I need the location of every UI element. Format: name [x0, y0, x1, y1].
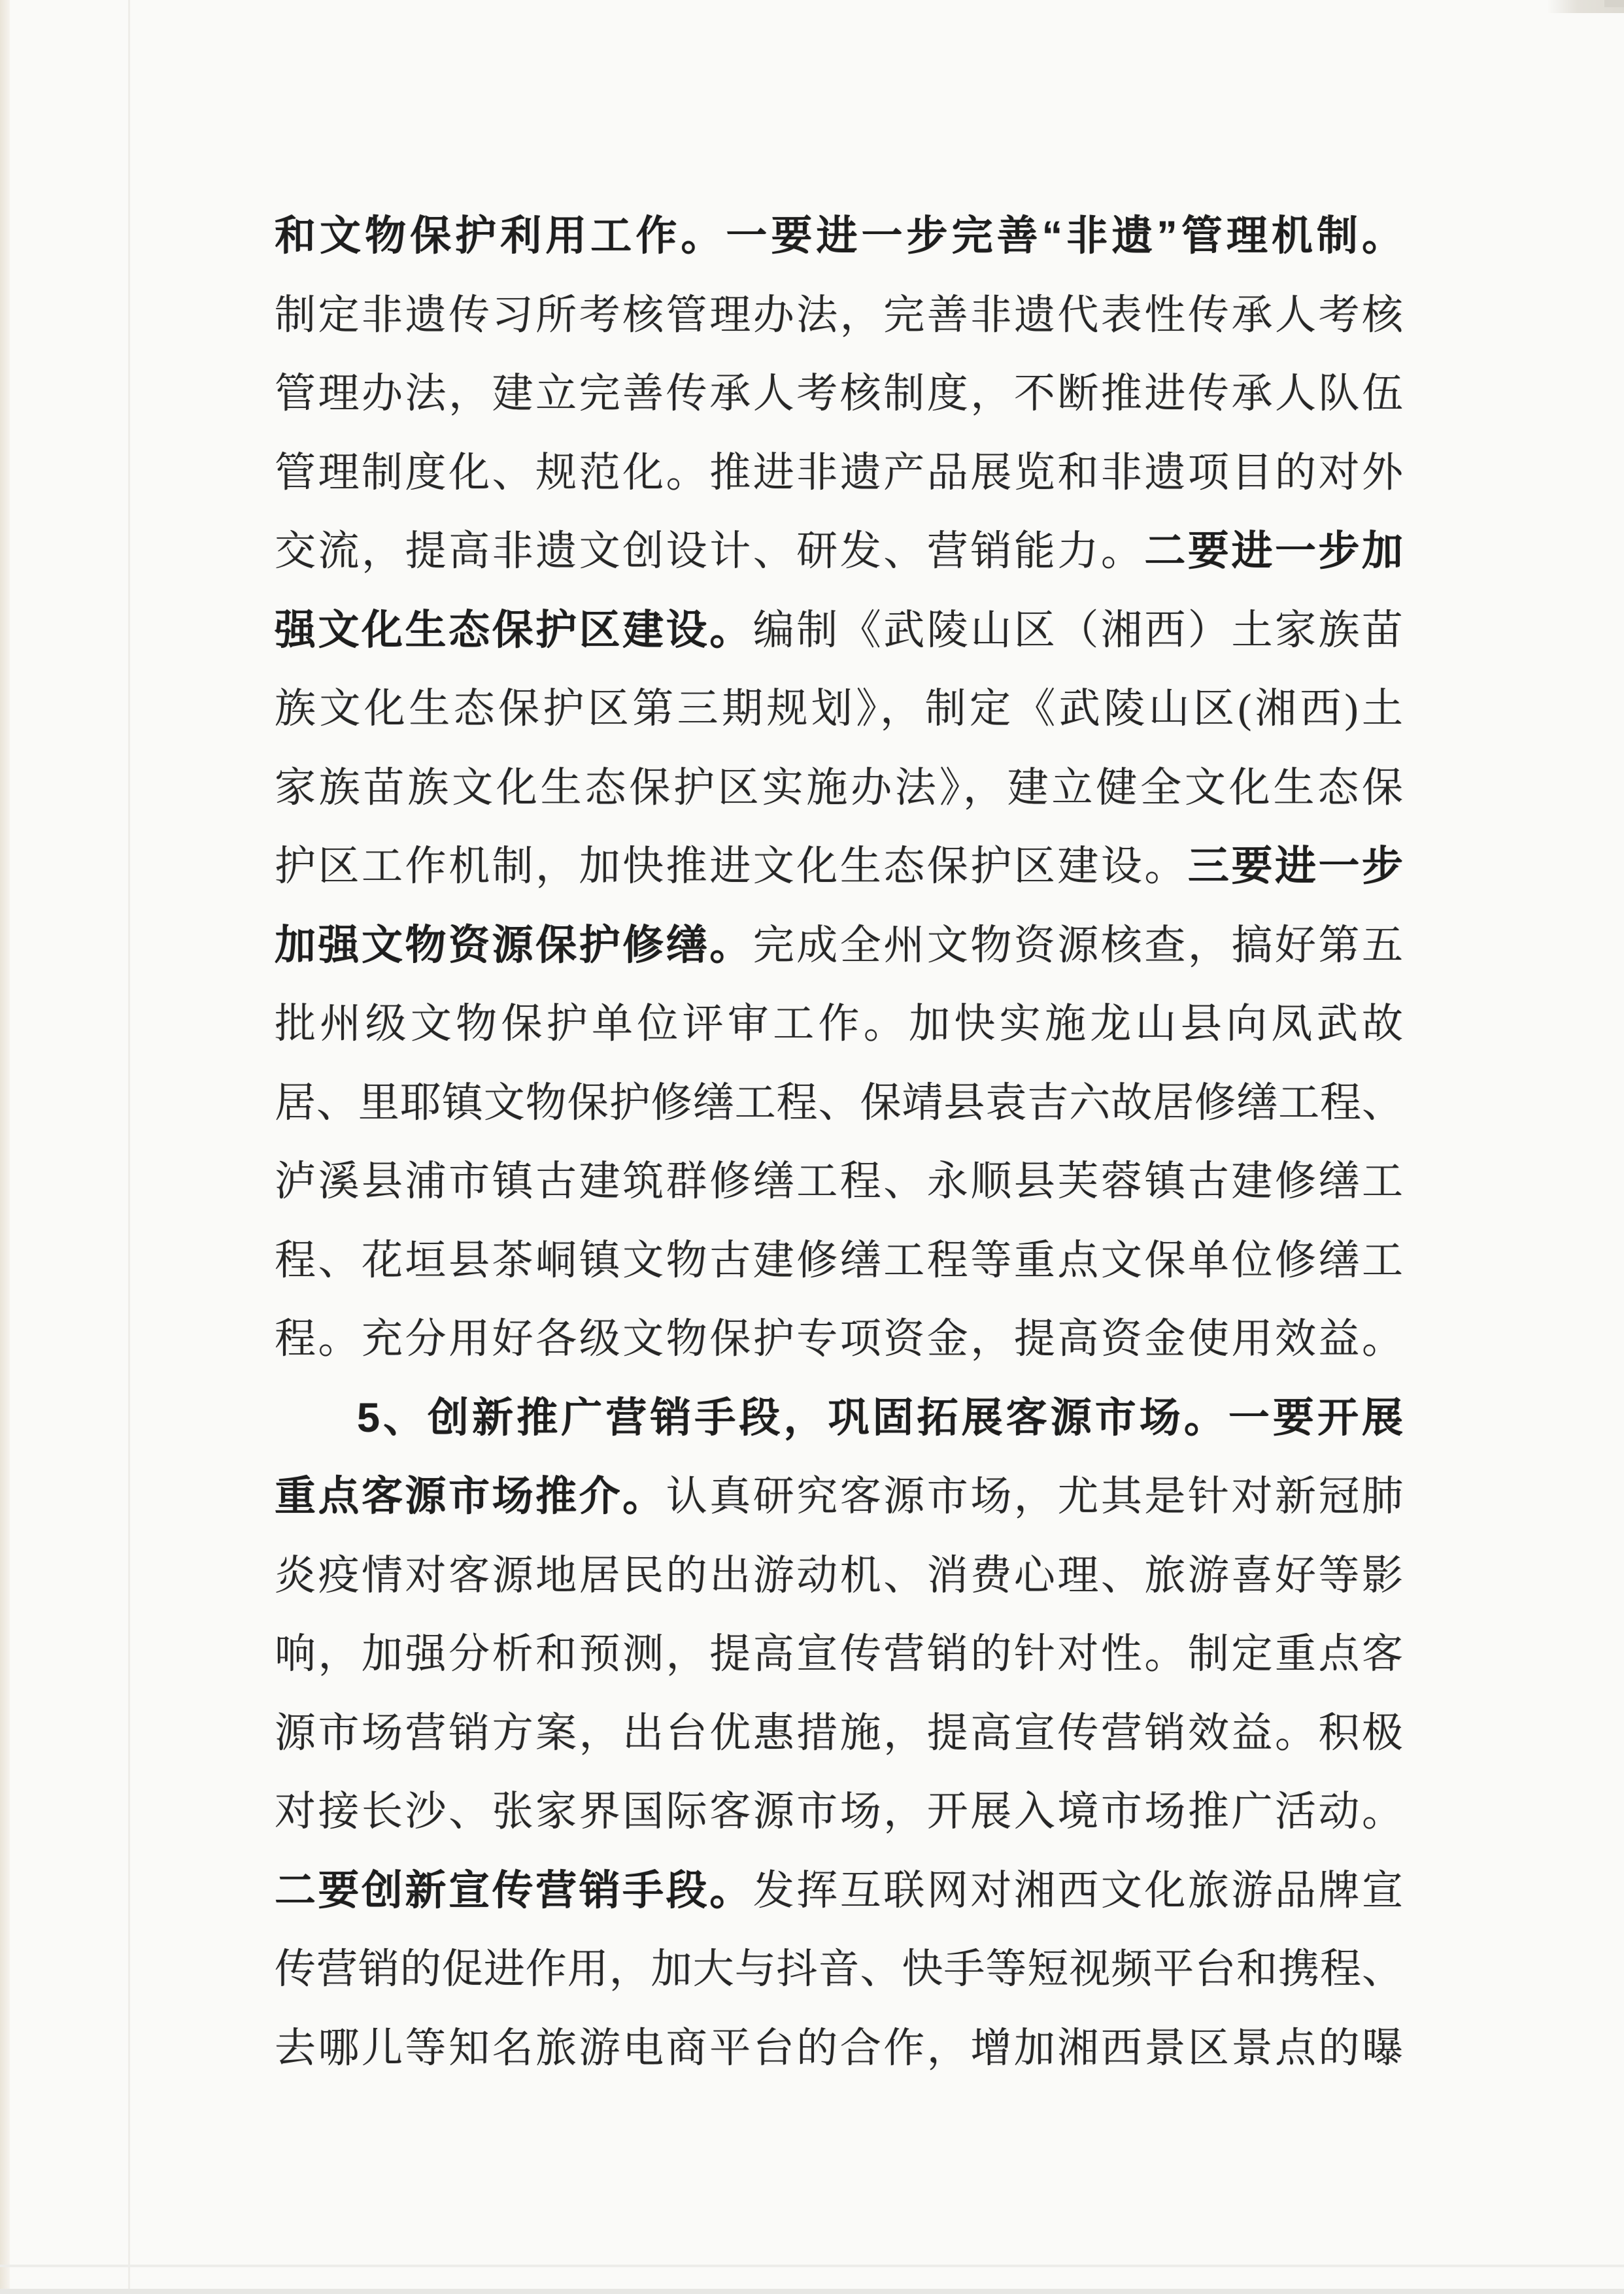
text-segment-bold: 三要进一步 [1188, 843, 1403, 889]
text-segment: 完成全州文物资源核查，搞好第五 [753, 922, 1403, 968]
text-line-16: 5、创新推广营销手段，巩固拓展客源市场。一要开展 [275, 1379, 1403, 1458]
text-line-1: 和文物保护利用工作。一要进一步完善“非遗”管理机制。 [275, 197, 1403, 276]
scan-top-right-corner-mark [1604, 0, 1624, 7]
scan-bottom-edge [0, 2289, 1624, 2294]
text-segment: 响，加强分析和预测，提高宣传营销的针对性。制定重点客 [275, 1631, 1403, 1677]
scan-left-edge-strip [0, 0, 10, 2294]
text-line-5: 交流，提高非遗文创设计、研发、营销能力。二要进一步加 [275, 512, 1403, 591]
text-segment: 制定非遗传习所考核管理办法，完善非遗代表性传承人考核 [275, 292, 1403, 338]
text-line-20: 源市场营销方案，出台优惠措施，提高宣传营销效益。积极 [275, 1694, 1403, 1773]
scan-fold-line [0, 2265, 1624, 2267]
text-segment-bold: 重点客源市场推介。 [275, 1474, 666, 1519]
text-line-19: 响，加强分析和预测，提高宣传营销的针对性。制定重点客 [275, 1615, 1403, 1694]
text-line-24: 去哪儿等知名旅游电商平台的合作，增加湘西景区景点的曝 [275, 2009, 1403, 2088]
document-text: 和文物保护利用工作。一要进一步完善“非遗”管理机制。制定非遗传习所考核管理办法，… [275, 197, 1403, 2087]
scanned-page: 和文物保护利用工作。一要进一步完善“非遗”管理机制。制定非遗传习所考核管理办法，… [0, 0, 1624, 2294]
text-line-8: 家族苗族文化生态保护区实施办法》，建立健全文化生态保 [275, 749, 1403, 828]
text-segment: 族文化生态保护区第三期规划》，制定《武陵山区(湘西)土 [275, 686, 1403, 732]
text-line-21: 对接长沙、张家界国际客源市场，开展入境市场推广活动。 [275, 1772, 1403, 1851]
text-segment: 家族苗族文化生态保护区实施办法》，建立健全文化生态保 [275, 765, 1403, 811]
text-segment: 护区工作机制，加快推进文化生态保护区建设。 [275, 843, 1188, 889]
text-line-6: 强文化生态保护区建设。编制《武陵山区（湘西）土家族苗 [275, 591, 1403, 670]
text-segment-bold: 和文物保护利用工作。一要进一步完善“非遗”管理机制。 [275, 213, 1403, 259]
text-segment: 程。充分用好各级文物保护专项资金，提高资金使用效益。 [275, 1316, 1403, 1362]
text-line-9: 护区工作机制，加快推进文化生态保护区建设。三要进一步 [275, 827, 1403, 906]
text-segment: 泸溪县浦市镇古建筑群修缮工程、永顺县芙蓉镇古建修缮工 [275, 1158, 1403, 1204]
text-line-4: 管理制度化、规范化。推进非遗产品展览和非遗项目的对外 [275, 433, 1403, 513]
scan-vertical-streak [128, 0, 130, 2294]
text-line-18: 炎疫情对客源地居民的出游动机、消费心理、旅游喜好等影 [275, 1536, 1403, 1615]
text-segment: 编制《武陵山区（湘西）土家族苗 [753, 607, 1403, 653]
text-segment: 居、里耶镇文物保护修缮工程、保靖县袁吉六故居修缮工程、 [275, 1080, 1403, 1126]
text-segment: 交流，提高非遗文创设计、研发、营销能力。 [275, 528, 1144, 574]
text-segment: 程、花垣县茶峒镇文物古建修缮工程等重点文保单位修缮工 [275, 1238, 1403, 1283]
text-line-7: 族文化生态保护区第三期规划》，制定《武陵山区(湘西)土 [275, 669, 1403, 749]
text-segment: 发挥互联网对湘西文化旅游品牌宣 [753, 1868, 1403, 1914]
text-segment: 认真研究客源市场，尤其是针对新冠肺 [666, 1474, 1403, 1519]
text-line-12: 居、里耶镇文物保护修缮工程、保靖县袁吉六故居修缮工程、 [275, 1064, 1403, 1143]
text-line-22: 二要创新宣传营销手段。发挥互联网对湘西文化旅游品牌宣 [275, 1851, 1403, 1931]
text-segment: 去哪儿等知名旅游电商平台的合作，增加湘西景区景点的曝 [275, 2025, 1403, 2071]
scan-top-right-mark [1547, 0, 1624, 13]
text-segment: 源市场营销方案，出台优惠措施，提高宣传营销效益。积极 [275, 1710, 1403, 1756]
text-segment-bold: 二要进一步加 [1144, 528, 1403, 574]
text-line-15: 程。充分用好各级文物保护专项资金，提高资金使用效益。 [275, 1300, 1403, 1379]
text-line-3: 管理办法，建立完善传承人考核制度，不断推进传承人队伍 [275, 354, 1403, 433]
text-segment-bold: 5、创新推广营销手段，巩固拓展客源市场。一要开展 [357, 1395, 1403, 1441]
text-line-13: 泸溪县浦市镇古建筑群修缮工程、永顺县芙蓉镇古建修缮工 [275, 1142, 1403, 1221]
text-segment: 传营销的促进作用，加大与抖音、快手等短视频平台和携程、 [275, 1946, 1403, 1992]
text-line-10: 加强文物资源保护修缮。完成全州文物资源核查，搞好第五 [275, 906, 1403, 985]
text-line-17: 重点客源市场推介。认真研究客源市场，尤其是针对新冠肺 [275, 1457, 1403, 1536]
text-segment: 批州级文物保护单位评审工作。加快实施龙山县向凤武故 [275, 1001, 1403, 1047]
text-segment: 管理办法，建立完善传承人考核制度，不断推进传承人队伍 [275, 371, 1403, 416]
text-line-23: 传营销的促进作用，加大与抖音、快手等短视频平台和携程、 [275, 1930, 1403, 2009]
text-line-11: 批州级文物保护单位评审工作。加快实施龙山县向凤武故 [275, 985, 1403, 1064]
text-segment-bold: 加强文物资源保护修缮。 [275, 922, 753, 968]
text-segment-bold: 强文化生态保护区建设。 [275, 607, 753, 653]
text-segment: 管理制度化、规范化。推进非遗产品展览和非遗项目的对外 [275, 450, 1403, 496]
text-segment: 对接长沙、张家界国际客源市场，开展入境市场推广活动。 [275, 1789, 1403, 1834]
text-segment-bold: 二要创新宣传营销手段。 [275, 1868, 753, 1914]
text-segment: 炎疫情对客源地居民的出游动机、消费心理、旅游喜好等影 [275, 1553, 1403, 1598]
text-line-2: 制定非遗传习所考核管理办法，完善非遗代表性传承人考核 [275, 276, 1403, 355]
text-line-14: 程、花垣县茶峒镇文物古建修缮工程等重点文保单位修缮工 [275, 1221, 1403, 1300]
